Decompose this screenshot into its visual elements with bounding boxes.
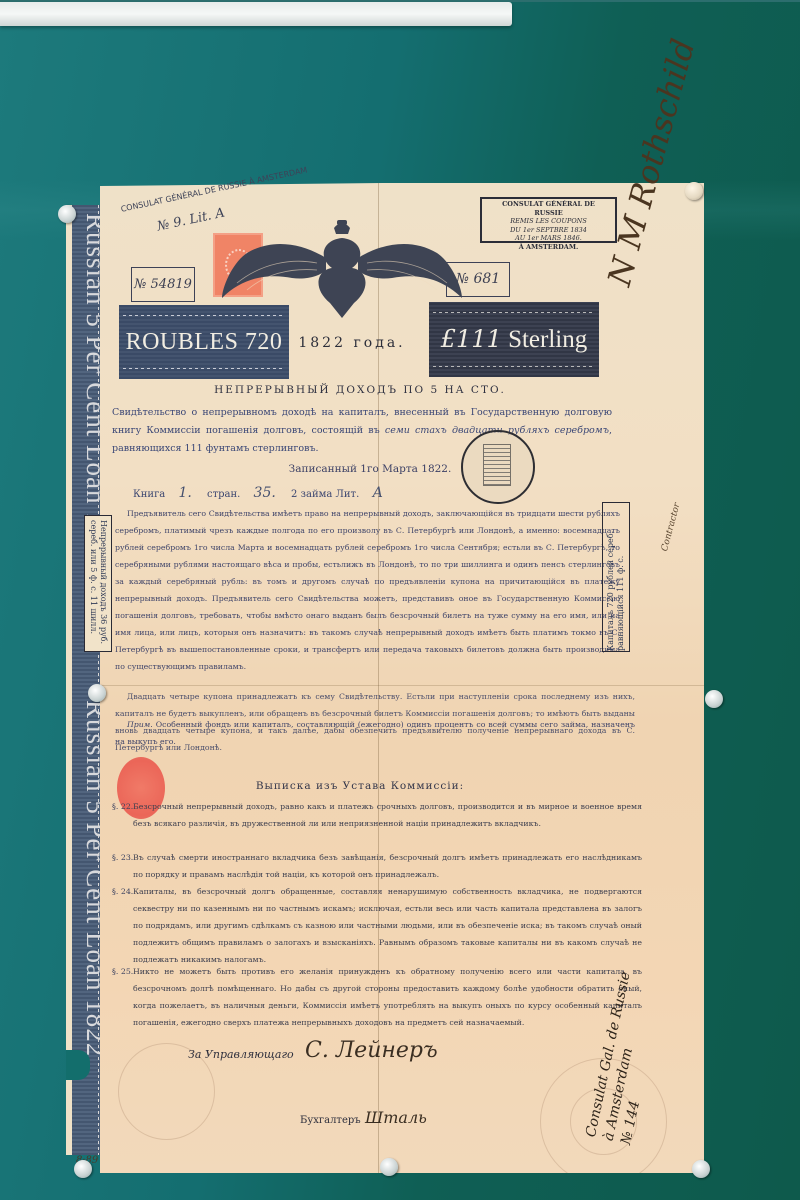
page-value: 35.: [254, 485, 276, 501]
page-label: стран.: [207, 489, 240, 500]
loan-label: 2 займа Лит.: [291, 489, 359, 500]
recorded-date: Записанный 1го Марта 1822.: [100, 463, 640, 475]
stamp-right-line-5: À AMSTERDAM.: [488, 243, 609, 252]
document-heading: НЕПРЕРЫВНЫЙ ДОХОДЪ ПО 5 НА СТО.: [100, 384, 620, 396]
clause-text: Капиталы, въ безсрочный долгъ обращенные…: [133, 883, 642, 968]
mounting-pin: [88, 684, 106, 702]
note-label: Прим.: [127, 720, 153, 729]
clause-23: §. 23. Въ случаѣ смерти иностраннаго вкл…: [112, 849, 642, 883]
issue-year: 1822 года.: [282, 335, 422, 351]
clause-text: Никто не можетъ быть противъ его желанія…: [133, 963, 642, 1031]
sterling-panel: £111 Sterling: [429, 302, 599, 377]
sterling-word: Sterling: [508, 326, 587, 353]
book-value: 1.: [178, 485, 191, 501]
mounting-pin: [705, 690, 723, 708]
extract-heading: Выписка изъ Устава Коммиссіи:: [100, 780, 620, 792]
clause-number: §. 25.: [112, 963, 133, 980]
serial-number-left: № 54819: [131, 267, 195, 302]
stamp-right-line-3: DU 1er SEPTBRE 1834: [488, 226, 609, 235]
consulate-stamp-right: CONSULAT GÉNÉRAL DE RUSSIE REMIS LES COU…: [480, 197, 617, 243]
clause-25: §. 25. Никто не можетъ быть противъ его …: [112, 963, 642, 1031]
stamp-right-line-4: AU 1er MARS 1846.: [488, 234, 609, 243]
mounting-pin: [685, 182, 703, 200]
left-coupon-box: Непрерывный доходъ 36 руб. сереб. или 5 …: [84, 515, 112, 652]
stamp-right-line-2: REMIS LES COUPONS: [488, 217, 609, 226]
mounting-pin: [74, 1160, 92, 1178]
mounting-pin: [380, 1158, 398, 1176]
note-text: Особенный фондъ или капиталъ, составляющ…: [115, 720, 635, 746]
clause-text: Въ случаѣ смерти иностраннаго вкладчика …: [133, 849, 642, 883]
clause-24: §. 24. Капиталы, въ безсрочный долгъ обр…: [112, 883, 642, 968]
right-coupon-box: Капиталъ 720 рублей сереб. равняющійся 1…: [602, 502, 630, 652]
accountant-signature: Шталь: [365, 1108, 427, 1127]
clause-number: §. 22.: [112, 798, 133, 815]
note-paragraph: Прим. Особенный фондъ или капиталъ, сост…: [115, 716, 635, 750]
display-light-bar: [0, 2, 512, 26]
book-reference: Книга 1. стран. 35. 2 займа Лит. А: [133, 485, 395, 501]
mounting-pin: [58, 205, 76, 223]
left-coupon-text: Непрерывный доходъ 36 руб. сереб. или 5 …: [88, 520, 108, 651]
roubles-amount: ROUBLES 720: [126, 329, 283, 356]
sterling-symbol: £111: [441, 325, 502, 353]
clause-number: §. 23.: [112, 849, 133, 866]
right-coupon-text: Капиталъ 720 рублей сереб. равняющійся 1…: [606, 507, 626, 651]
fold-line-horizontal: [100, 685, 704, 686]
sterling-amount: £111 Sterling: [441, 325, 588, 354]
strip-banner: Russian 5 Per Cent Loan 1822 Russian 5 P…: [72, 205, 102, 1155]
loan-value: А: [372, 485, 383, 501]
paragraph-bearer-rights: Предъявитель сего Свидѣтельства имѣетъ п…: [115, 505, 620, 675]
clause-number: §. 24.: [112, 883, 133, 900]
manager-signature: С. Лейнеръ: [305, 1038, 438, 1063]
mounting-pin: [692, 1160, 710, 1178]
strip-tear: [66, 1050, 90, 1080]
stamp-right-line-1: CONSULAT GÉNÉRAL DE RUSSIE: [488, 200, 609, 217]
accountant-label: Бухгалтеръ: [300, 1115, 361, 1126]
clause-22: §. 22. Безсрочный непрерывный доходъ, ра…: [112, 798, 642, 832]
roubles-panel: ROUBLES 720: [119, 305, 289, 379]
clause-text: Безсрочный непрерывный доходъ, равно как…: [133, 798, 642, 832]
manager-label: За Управляющаго: [188, 1048, 294, 1061]
book-label: Книга: [133, 489, 165, 500]
intro-paragraph: Свидѣтельство о непрерывномъ доходѣ на к…: [112, 404, 612, 458]
double-headed-eagle-icon: [222, 218, 462, 318]
